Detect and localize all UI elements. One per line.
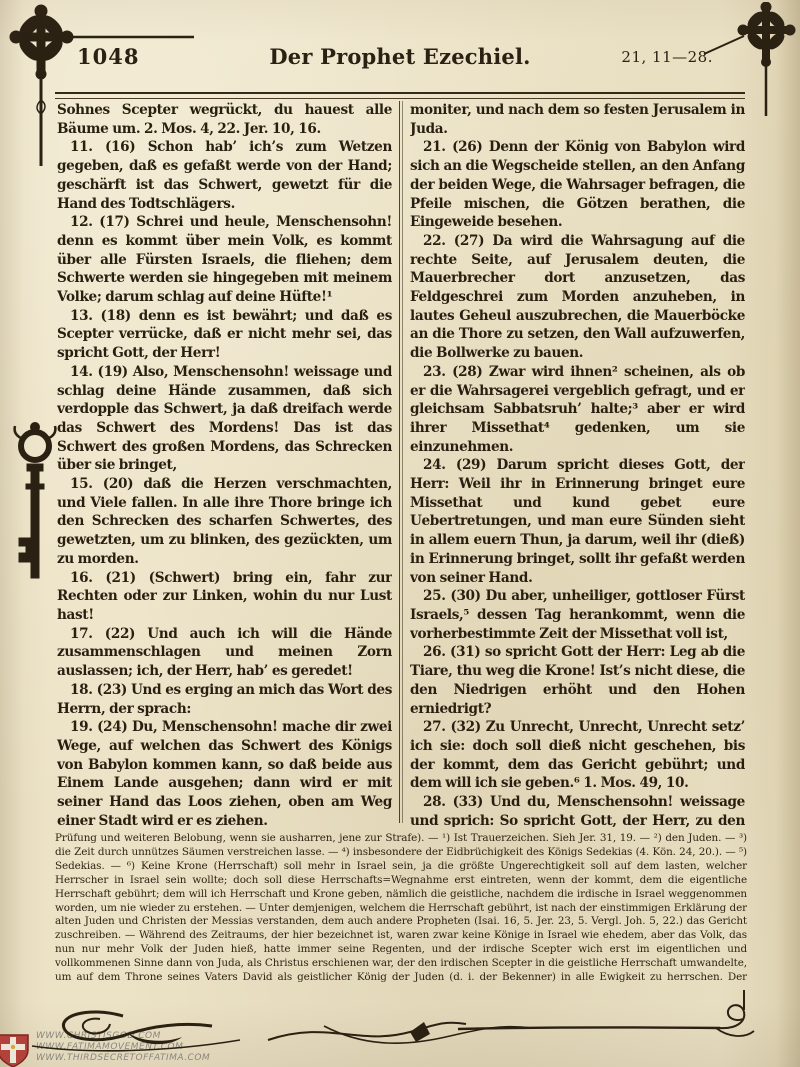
- verse-paragraph: 18. (23) Und es erging an mich das Wort …: [57, 681, 392, 718]
- verse-paragraph: 21. (26) Denn der König von Babylon wird…: [410, 138, 745, 232]
- verse-paragraph: 24. (29) Darum spricht dieses Gott, der …: [410, 456, 745, 587]
- verse-paragraph: moniter, und nach dem so festen Jerusale…: [410, 101, 745, 138]
- verse-paragraph: 12. (17) Schrei und heule, Menschensohn!…: [57, 213, 392, 307]
- verse-paragraph: 11. (16) Schon hab’ ich’s zum Wetzen geg…: [57, 138, 392, 213]
- key-ornament-icon: [10, 420, 58, 585]
- scanned-bible-page: 1048 Der Prophet Ezechiel. 21, 11—28. So…: [0, 0, 800, 1067]
- verse-paragraph: 26. (31) so spricht Gott der Herr: Leg a…: [410, 643, 745, 718]
- verse-paragraph: 22. (27) Da wird die Wahrsagung auf die …: [410, 232, 745, 363]
- verse-paragraph: 16. (21) (Schwert) bring ein, fahr zur R…: [57, 569, 392, 625]
- verse-paragraph: 15. (20) daß die Herzen verschmachten, u…: [57, 475, 392, 569]
- column-divider: [399, 101, 403, 823]
- flourish-ornament-icon: [28, 988, 778, 1064]
- verse-paragraph: 17. (22) Und auch ich will die Hände zus…: [57, 625, 392, 681]
- page-header: 1048 Der Prophet Ezechiel. 21, 11—28.: [55, 44, 745, 74]
- verse-range: 21, 11—28.: [621, 48, 713, 66]
- verse-paragraph: 14. (19) Also, Menschensohn! weissage un…: [57, 363, 392, 475]
- verse-paragraph: 23. (28) Zwar wird ihnen² scheinen, als …: [410, 363, 745, 457]
- body-columns: Sohnes Scepter wegrückt, du hauest alle …: [57, 101, 745, 827]
- verse-paragraph: Sohnes Scepter wegrückt, du hauest alle …: [57, 101, 392, 138]
- right-column: moniter, und nach dem so festen Jerusale…: [410, 101, 745, 827]
- verse-paragraph: 25. (30) Du aber, unheiliger, gottloser …: [410, 587, 745, 643]
- footnotes-block: Prüfung und weiteren Belobung, wenn sie …: [55, 832, 747, 982]
- verse-paragraph: 19. (24) Du, Menschensohn! mache dir zwe…: [57, 718, 392, 827]
- verse-paragraph: 27. (32) Zu Unrecht, Unrecht, Unrecht se…: [410, 718, 745, 793]
- verse-paragraph: 13. (18) denn es ist bewährt; und daß es…: [57, 307, 392, 363]
- shield-watermark-icon: [0, 1034, 37, 1067]
- verse-paragraph: 28. (33) Und du, Menschensohn! weissage …: [410, 793, 745, 827]
- left-column: Sohnes Scepter wegrückt, du hauest alle …: [57, 101, 392, 827]
- header-double-rule: [55, 92, 745, 99]
